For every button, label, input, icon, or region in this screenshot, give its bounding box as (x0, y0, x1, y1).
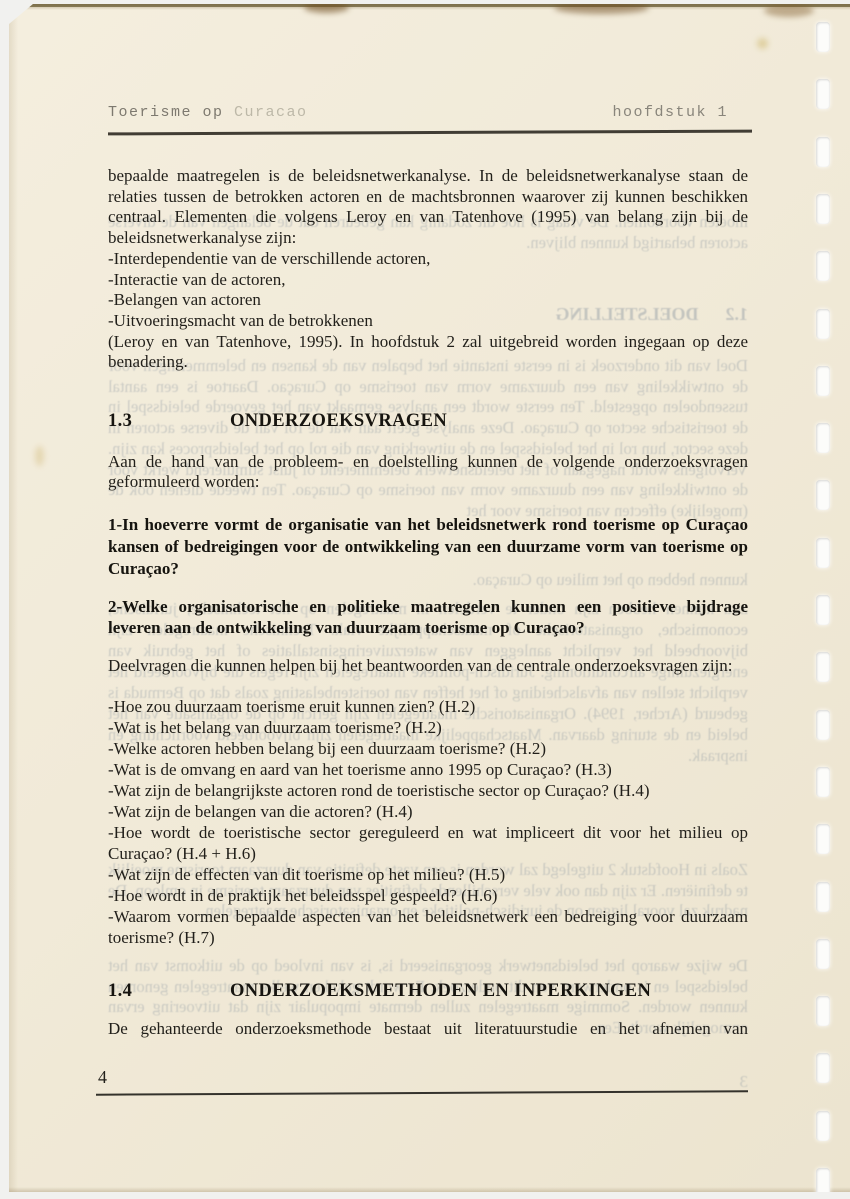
research-question-1: 1-In hoeverre vormt de organisatie van h… (108, 514, 748, 579)
binding-hole (816, 1168, 830, 1198)
binding-hole (816, 1111, 830, 1141)
page-content: Toerisme op Curacao hoofdstuk 1 bepaalde… (9, 4, 850, 1192)
research-question-2: 2-Welke organisatorische en politieke ma… (108, 596, 748, 640)
binding-hole (816, 22, 830, 52)
binding-hole (816, 309, 830, 339)
binding-hole (816, 595, 830, 625)
list-item: -Belangen van actoren (108, 290, 748, 311)
binding-hole (816, 79, 830, 109)
section-1-3-number: 1.3 (108, 411, 230, 432)
binding-hole (816, 824, 830, 854)
section-1-3-title: ONDERZOEKSVRAGEN (230, 411, 447, 431)
chapter-label: hoofdstuk 1 (612, 104, 750, 121)
network-elements-list: -Interdependentie van de verschillende a… (108, 249, 748, 332)
binding-hole (816, 366, 830, 396)
method-paragraph: De gehanteerde onderzoeksmethode bestaat… (108, 1019, 748, 1040)
page-number: 4 (98, 1067, 107, 1088)
binding-hole (816, 767, 830, 797)
footer-rule (96, 1090, 748, 1095)
list-item: -Welke actoren hebben belang bij een duu… (108, 738, 748, 759)
list-item: -Wat is het belang van duurzaam toerisme… (108, 717, 748, 738)
subquestions-list: -Hoe zou duurzaam toerisme eruit kunnen … (108, 696, 748, 948)
binding-hole (816, 194, 830, 224)
list-item: -Uitvoeringsmacht van de betrokkenen (108, 311, 748, 332)
binding-holes (810, 4, 850, 1192)
binding-hole (816, 1053, 830, 1083)
binding-hole (816, 538, 830, 568)
list-item: -Hoe wordt in de praktijk het beleidsspe… (108, 885, 748, 906)
list-item: -Hoe wordt de toeristische sector geregu… (108, 822, 748, 864)
header-rule (108, 130, 752, 136)
section-1-4-number: 1.4 (108, 981, 230, 1002)
list-item: -Interdependentie van de verschillende a… (108, 249, 748, 270)
section-1-3-heading: 1.3ONDERZOEKSVRAGEN (108, 411, 748, 432)
binding-hole (816, 652, 830, 682)
binding-hole (816, 423, 830, 453)
binding-hole (816, 882, 830, 912)
list-item: -Wat zijn de belangrijkste actoren rond … (108, 780, 748, 801)
binding-hole (816, 710, 830, 740)
running-title-faint: Curacao (234, 104, 308, 121)
section-1-4-heading: 1.4ONDERZOEKSMETHODEN EN INPERKINGEN (108, 981, 748, 1002)
text-column: bepaalde maatregelen is de beleidsnetwer… (108, 166, 748, 1039)
paper-sheet: moeten voorkomen. De vraag is hoe dit zo… (9, 4, 850, 1192)
list-item: -Hoe zou duurzaam toerisme eruit kunnen … (108, 696, 748, 717)
binding-hole (816, 939, 830, 969)
binding-hole (816, 996, 830, 1026)
binding-hole (816, 137, 830, 167)
list-item: -Wat is de omvang en aard van het toeris… (108, 759, 748, 780)
section-1-4-title: ONDERZOEKSMETHODEN EN INPERKINGEN (230, 981, 651, 1001)
running-title: Toerisme op Curacao (108, 104, 308, 121)
leroy-paragraph: (Leroy en van Tatenhove, 1995). In hoofd… (108, 332, 748, 373)
research-questions-intro: Aan de hand van de probleem- en doelstel… (108, 452, 748, 493)
list-item: -Wat zijn de belangen van die actoren? (… (108, 801, 748, 822)
list-item: -Interactie van de actoren, (108, 270, 748, 291)
running-header: Toerisme op Curacao hoofdstuk 1 (108, 104, 750, 121)
binding-hole (816, 480, 830, 510)
list-item: -Wat zijn de effecten van dit toerisme o… (108, 864, 748, 885)
running-title-dark: Toerisme op (108, 104, 234, 121)
scanned-page: moeten voorkomen. De vraag is hoe dit zo… (0, 0, 850, 1199)
list-item: -Waarom vormen bepaalde aspecten van het… (108, 906, 748, 948)
binding-hole (816, 251, 830, 281)
intro-paragraph: bepaalde maatregelen is de beleidsnetwer… (108, 166, 748, 249)
subquestions-intro: Deelvragen die kunnen helpen bij het bea… (108, 656, 748, 677)
